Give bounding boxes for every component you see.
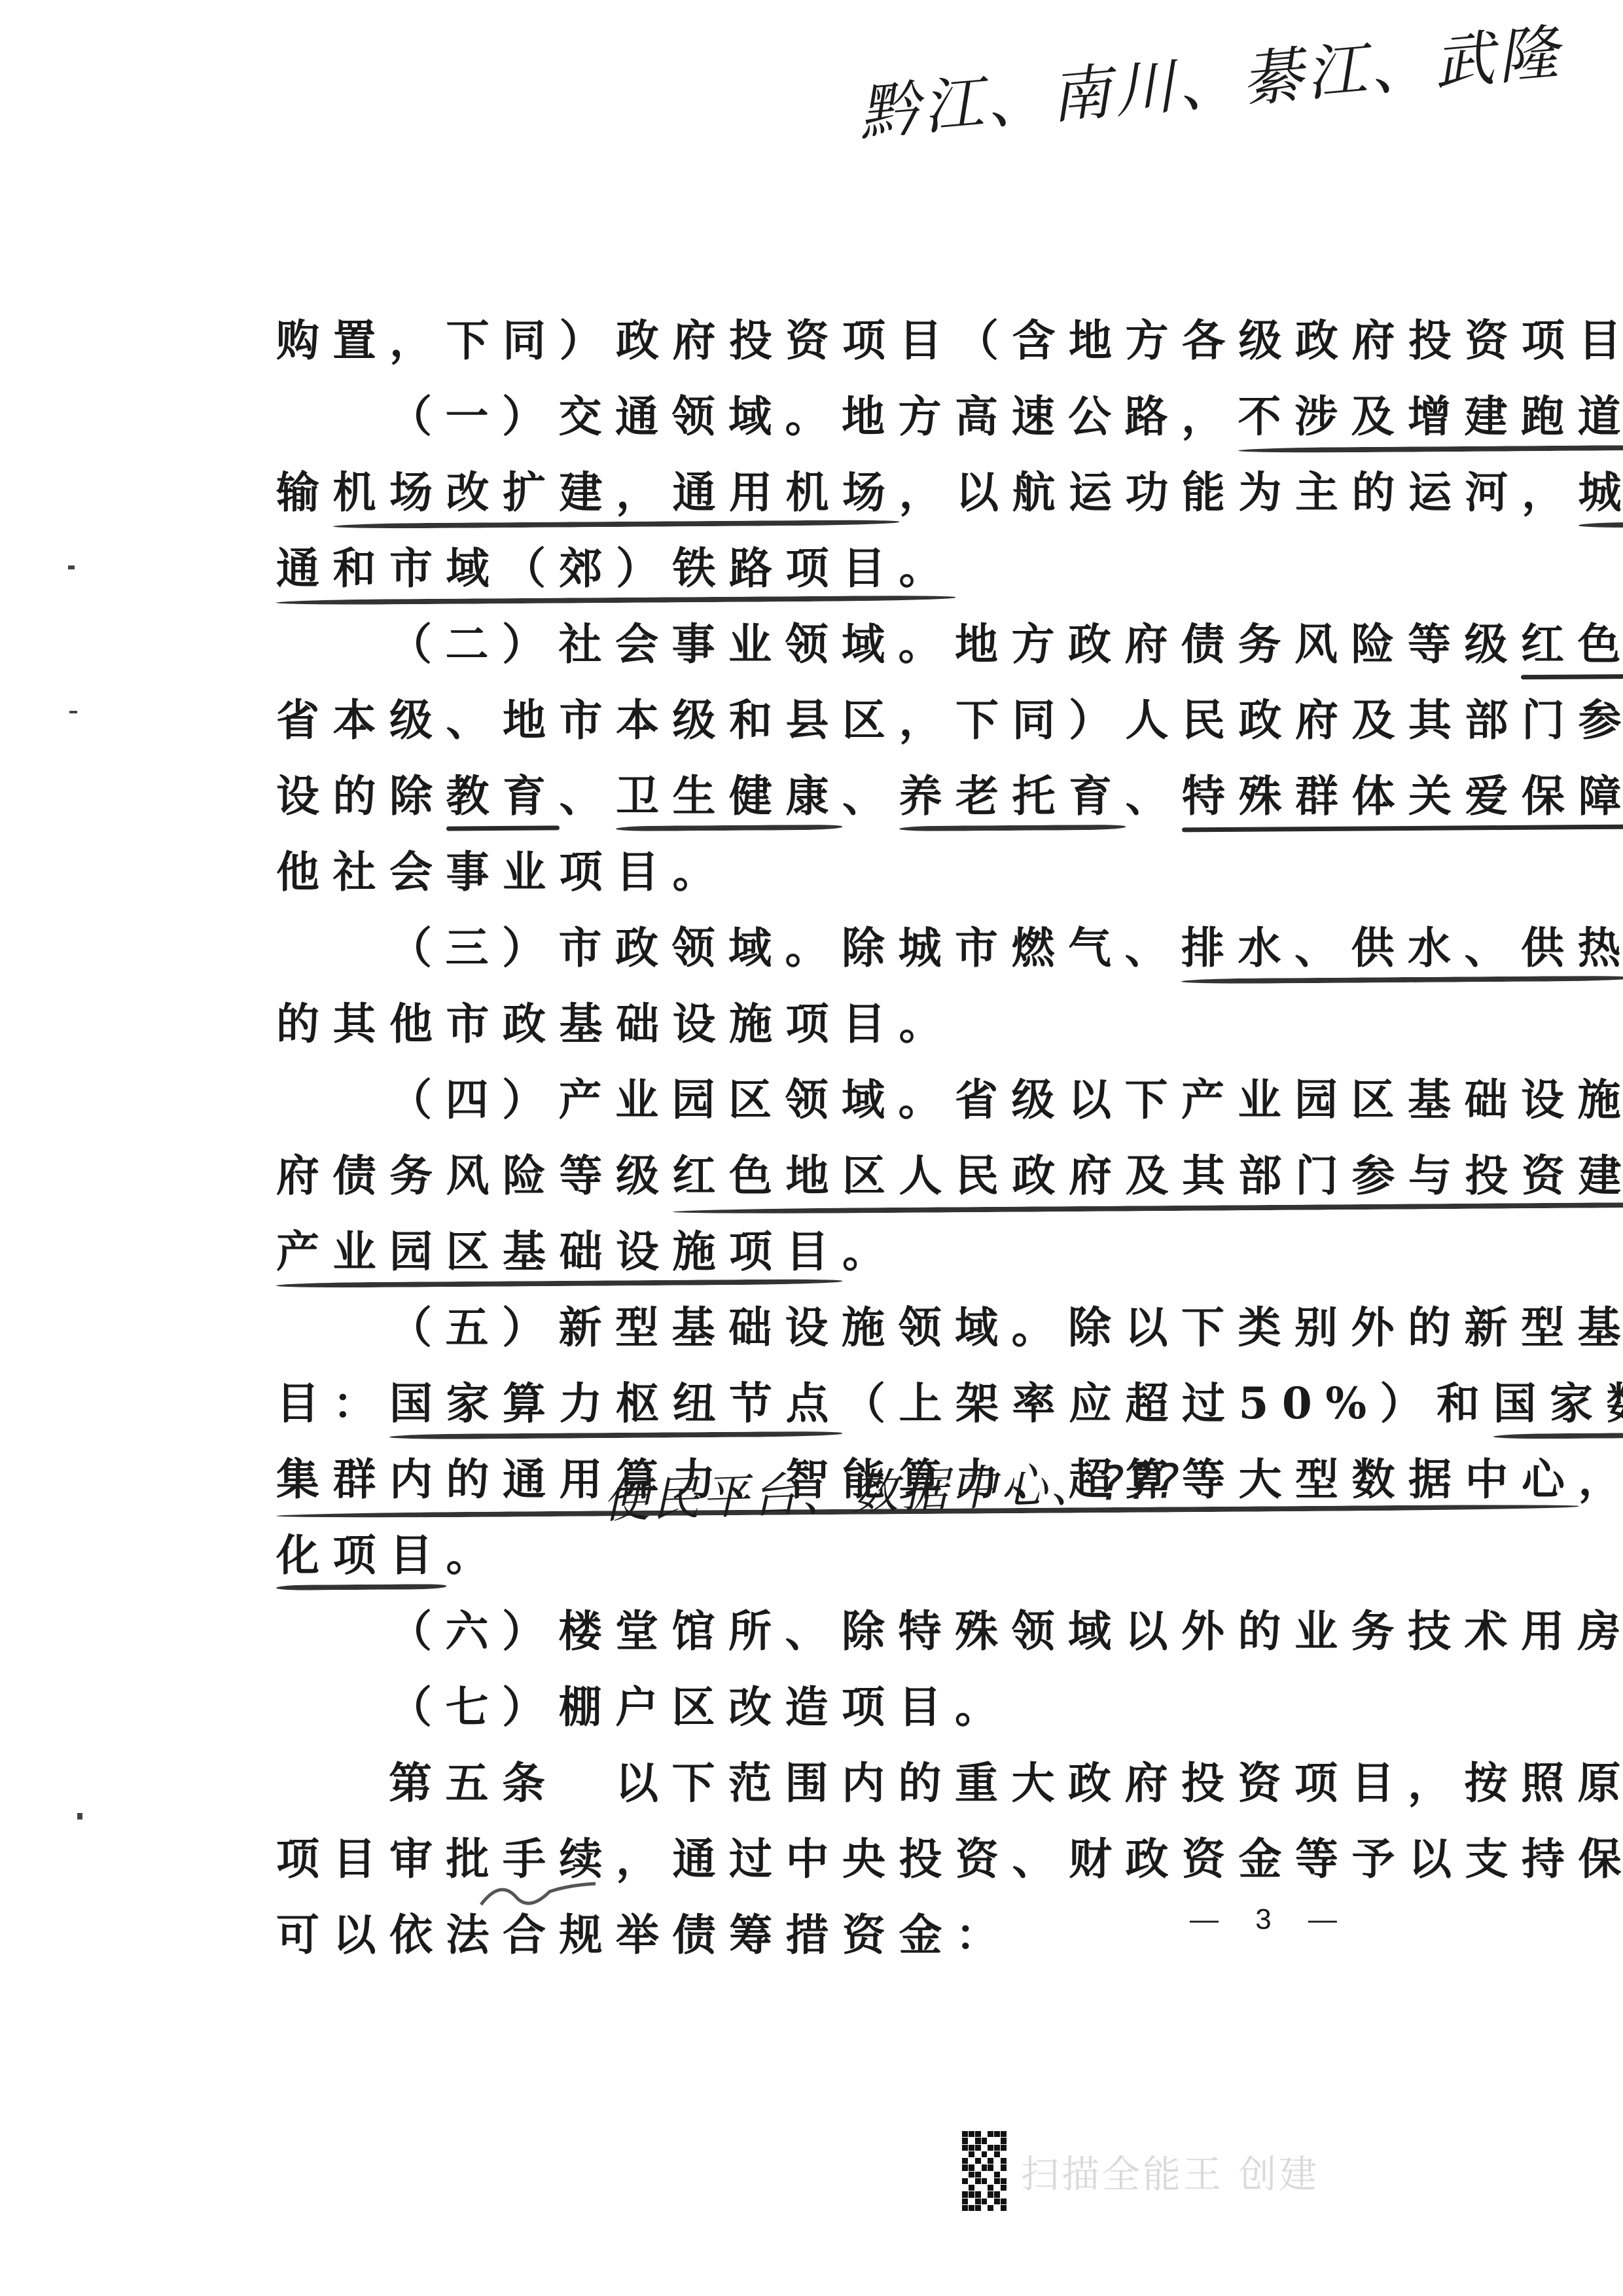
- underlined-segment: 特殊群体关爱保障: [1182, 770, 1623, 821]
- handwritten-tilde-mark: [478, 1878, 602, 1911]
- article-five: 第五条 以下范围内的重大政府投资项目，按照原规定履行: [276, 1745, 1363, 1821]
- text-line: 省本级、地市本级和县区，下同）人民政府及其部门参与投资建: [276, 682, 1363, 758]
- document-body: 购置，下同）政府投资项目（含地方各级政府投资项目，下同）： （一）交通领域。地方…: [276, 302, 1363, 1973]
- text-line: 通和市域（郊）铁路项目。: [276, 530, 1363, 606]
- paragraph-shantytown: （七）棚户区改造项目。: [276, 1669, 1363, 1745]
- text-segment: 、: [1126, 770, 1183, 821]
- paragraph-social: （二）社会事业领域。地方政府债务风险等级红色地区（含: [276, 606, 1363, 682]
- text-segment: ，以航运功能为主的运河，: [899, 467, 1578, 518]
- text-line: 他社会事业项目。: [276, 834, 1363, 910]
- underlined-segment: 国家数据中心: [1493, 1378, 1623, 1429]
- text-segment: （六）楼堂馆所、除特殊领域以外的业务技术用房等项目。: [389, 1605, 1623, 1657]
- text-segment: （一）交通领域。地方高速公路，: [389, 391, 1238, 442]
- text-line: 目：国家算力枢纽节点（上架率应超过50%）和国家数据中心: [276, 1365, 1363, 1441]
- paragraph-industrial-park: （四）产业园区领域。省级以下产业园区基础设施，地方政: [276, 1062, 1363, 1138]
- paragraph-buildings: （六）楼堂馆所、除特殊领域以外的业务技术用房等项目。: [276, 1593, 1363, 1669]
- text-segment: 省本级、地市本级和县区，下同）人民政府及其部门参与投资建: [276, 694, 1623, 745]
- text-line: 产业园区基础设施项目。: [276, 1213, 1363, 1289]
- text-line: 设的除教育、卫生健康、养老托育、特殊群体关爱保障以外的其: [276, 758, 1363, 834]
- underlined-segment: 红色地区: [1521, 619, 1623, 670]
- text-line: 的其他市政基础设施项目。: [276, 986, 1363, 1062]
- scan-speck: [68, 565, 75, 569]
- text-segment: （二）社会事业领域。地方政府债务风险等级: [389, 619, 1521, 670]
- text-line: 化项目。: [276, 1517, 1363, 1593]
- text-segment: 府债务风险等级: [276, 1150, 673, 1201]
- underlined-segment: 红色地区人民政府及其部门参与投资建设的省级: [673, 1150, 1623, 1201]
- text-segment: （七）棚户区改造项目。: [389, 1681, 1012, 1732]
- underlined-segment: 化项目: [276, 1530, 446, 1581]
- underlined-segment: 国家算力枢纽节点: [389, 1378, 842, 1429]
- underlined-segment: 养老托育: [899, 770, 1126, 821]
- underlined-segment: 不涉及增建跑道的民用运: [1238, 391, 1623, 442]
- text-line: 购置，下同）政府投资项目（含地方各级政府投资项目，下同）：: [276, 302, 1363, 378]
- text-line: 输机场改扩建，通用机场，以航运功能为主的运河，城市轨道交: [276, 454, 1363, 530]
- underlined-segment: 城市轨道交: [1578, 467, 1623, 518]
- paragraph-municipal: （三）市政领域。除城市燃气、排水、供水、供热设施以外: [276, 910, 1363, 986]
- page-number: — 3 —: [1190, 1903, 1351, 1936]
- handwritten-note-top: 黔江、南川、綦江、武隆: [855, 9, 1516, 170]
- text-segment: 可以依法合规举债筹措资金：: [276, 1909, 1012, 1960]
- text-segment: （四）产业园区领域。省级以下产业园区基础设施，地方政: [389, 1074, 1623, 1125]
- article-heading: 第五条: [389, 1757, 559, 1808]
- scan-speck: [69, 711, 77, 713]
- underlined-segment: 卫生健康: [616, 770, 842, 821]
- text-segment: 购置，下同）政府投资项目（含地方各级政府投资项目，下同）：: [276, 315, 1623, 366]
- underlined-segment: 产业园区基础设施项目: [276, 1226, 842, 1277]
- text-segment: （三）市政领域。除城市燃气、: [389, 922, 1181, 973]
- document-page: 黔江、南川、綦江、武隆 购置，下同）政府投资项目（含地方各级政府投资项目，下同）…: [0, 0, 1623, 2296]
- text-line: 府债务风险等级红色地区人民政府及其部门参与投资建设的省级: [276, 1138, 1363, 1213]
- scanner-watermark: 扫描全能王 创建: [962, 2131, 1319, 2211]
- text-segment: 的其他市政基础设施项目。: [276, 998, 955, 1049]
- text-segment: （五）新型基础设施领域。除以下类别外的新型基础设施项: [389, 1302, 1623, 1353]
- text-line: 项目审批手续，通过中央投资、财政资金等予以支持保障，同时: [276, 1821, 1363, 1897]
- text-segment: 。: [446, 1530, 503, 1581]
- underlined-segment: 通和市域（郊）铁路项目。: [276, 543, 955, 594]
- text-segment: 。: [842, 1226, 899, 1277]
- text-segment: 他社会事业项目。: [276, 846, 729, 897]
- underlined-segment: 机场改扩建，通用机场: [333, 467, 899, 518]
- text-segment: 、: [560, 770, 616, 821]
- underlined-segment: 排水、供水、供热: [1181, 922, 1623, 973]
- qr-code-icon: [962, 2131, 1007, 2211]
- text-segment: （上架率应超过50%）和: [842, 1378, 1493, 1429]
- text-segment: ，政务信息: [1578, 1454, 1623, 1505]
- text-segment: 项目审批手续，通过中央投资、财政资金等予以支持保障，同时: [276, 1833, 1623, 1884]
- underlined-segment: 教育: [446, 770, 560, 821]
- text-segment: 设的除: [276, 770, 446, 821]
- paragraph-new-infrastructure: （五）新型基础设施领域。除以下类别外的新型基础设施项: [276, 1289, 1363, 1365]
- paragraph-transport: （一）交通领域。地方高速公路，不涉及增建跑道的民用运: [276, 378, 1363, 454]
- text-segment: 输: [276, 467, 333, 518]
- text-segment: 目：: [276, 1378, 389, 1429]
- scan-speck: [77, 1813, 82, 1820]
- text-segment: 以下范围内的重大政府投资项目，按照原规定履行: [559, 1757, 1623, 1808]
- watermark-text: 扫描全能王 创建: [1021, 2144, 1319, 2198]
- text-segment: 、: [842, 770, 899, 821]
